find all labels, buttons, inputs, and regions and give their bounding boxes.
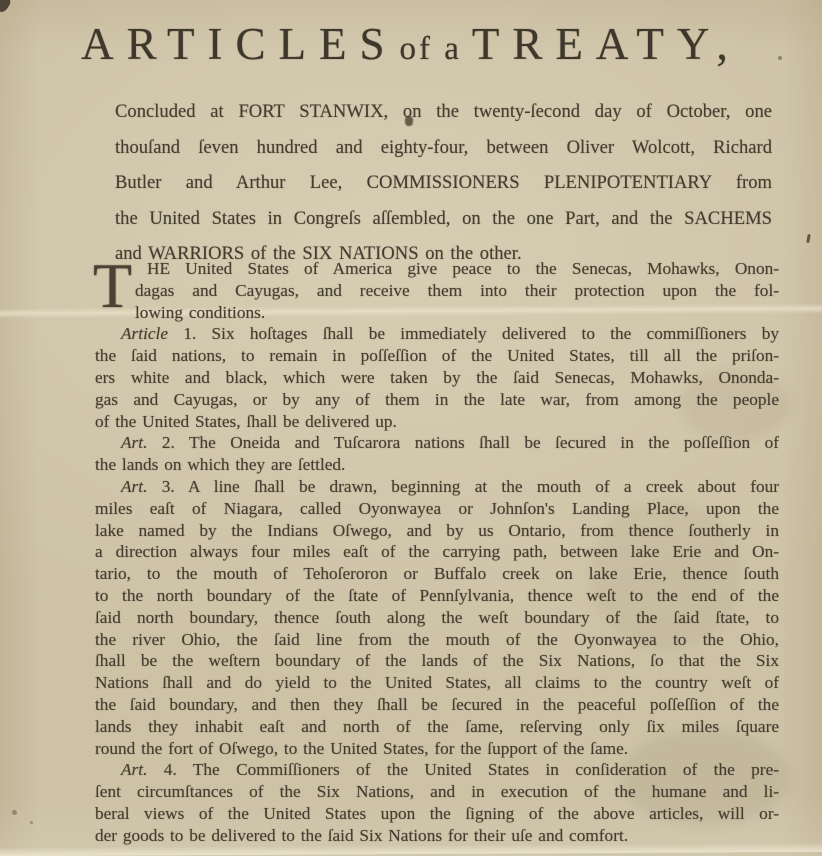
ink-speck xyxy=(12,810,17,815)
article-2-line: the lands on which they are ſettled. xyxy=(95,454,779,476)
article-text: 4. The Commiſſioners of the United State… xyxy=(164,760,779,779)
article-label: Art. xyxy=(121,433,147,452)
article-3-line: Nations ſhall and do yield to the United… xyxy=(95,672,779,694)
article-3-line: round the fort of Oſwego, to the United … xyxy=(95,738,779,760)
article-1-first-line: Article 1. Six hoſtages ſhall be immedia… xyxy=(95,323,779,345)
article-3-line: to the north boundary of the ſtate of Pe… xyxy=(95,585,779,607)
article-1-line: ers white and black, which were taken by… xyxy=(95,367,779,389)
article-text: 2. The Oneida and Tuſcarora nations ſhal… xyxy=(162,433,779,452)
ink-speck xyxy=(30,821,33,824)
article-3-line: the river Ohio, the ſaid line from the m… xyxy=(95,629,779,651)
article-3-line: tario, to the mouth of Tehoſeroron or Bu… xyxy=(95,563,779,585)
article-4-line: der goods to be delivered to the ſaid Si… xyxy=(95,825,779,847)
article-3-line: lake named by the Indians Oſwego, and by… xyxy=(95,520,779,542)
document-title: ARTICLESof aTREATY, xyxy=(0,18,822,70)
title-word-treaty: TREATY, xyxy=(472,19,741,69)
drop-cap-letter: T xyxy=(93,254,143,320)
preamble-line: the United States in Congreſs aſſembled,… xyxy=(115,201,772,237)
preamble-line: Concluded at FORT STANWIX, on the twenty… xyxy=(115,94,772,130)
article-3-line: miles eaſt of Niagara, called Oyonwayea … xyxy=(95,498,779,520)
title-connector: of a xyxy=(399,31,461,67)
article-1-line: the ſaid nations, to remain in poſſeſſio… xyxy=(95,345,779,367)
article-1-line: of the United States, ſhall be delivered… xyxy=(95,411,779,433)
opening-line: lowing conditions. xyxy=(135,302,779,324)
article-3-line: a direction always four miles eaſt of th… xyxy=(95,541,779,563)
ink-speck xyxy=(0,0,13,14)
article-3-line: the ſaid boundary, and then they ſhall b… xyxy=(95,694,779,716)
article-2-first-line: Art. 2. The Oneida and Tuſcarora nations… xyxy=(95,432,779,454)
article-4-line: ſent circumſtances of the Six Nations, a… xyxy=(95,781,779,803)
article-3-line: ſhall be the weſtern boundary of the lan… xyxy=(95,650,779,672)
article-3-line: ſaid north boundary, thence ſouth along … xyxy=(95,607,779,629)
article-text: 3. A line ſhall be drawn, beginning at t… xyxy=(162,477,779,496)
article-label: Art. xyxy=(121,477,147,496)
article-3-first-line: Art. 3. A line ſhall be drawn, beginning… xyxy=(95,476,779,498)
article-text: 1. Six hoſtages ſhall be immediately del… xyxy=(183,324,779,343)
title-word-articles: ARTICLES xyxy=(81,19,397,69)
preamble-line: thouſand ſeven hundred and eighty-four, … xyxy=(115,130,772,166)
treaty-body: T HE United States of America give peace… xyxy=(95,258,779,847)
opening-line: HE United States of America give peace t… xyxy=(147,258,779,280)
ink-speck xyxy=(806,234,811,243)
article-label: Article xyxy=(121,324,168,343)
opening-line: dagas and Cayugas, and receive them into… xyxy=(135,280,779,302)
article-label: Art. xyxy=(121,760,147,779)
preamble: Concluded at FORT STANWIX, on the twenty… xyxy=(115,94,772,272)
article-4-line: beral views of the United States upon th… xyxy=(95,803,779,825)
article-1-line: gas and Cayugas, or by any of them in th… xyxy=(95,389,779,411)
preamble-line: Butler and Arthur Lee, COMMISSIONERS PLE… xyxy=(115,165,772,201)
treaty-page: { "paper_color": "#cdc2a6", "ink_color":… xyxy=(0,0,822,856)
article-3-line: lands they inhabit eaſt and north of the… xyxy=(95,716,779,738)
article-4-first-line: Art. 4. The Commiſſioners of the United … xyxy=(95,759,779,781)
